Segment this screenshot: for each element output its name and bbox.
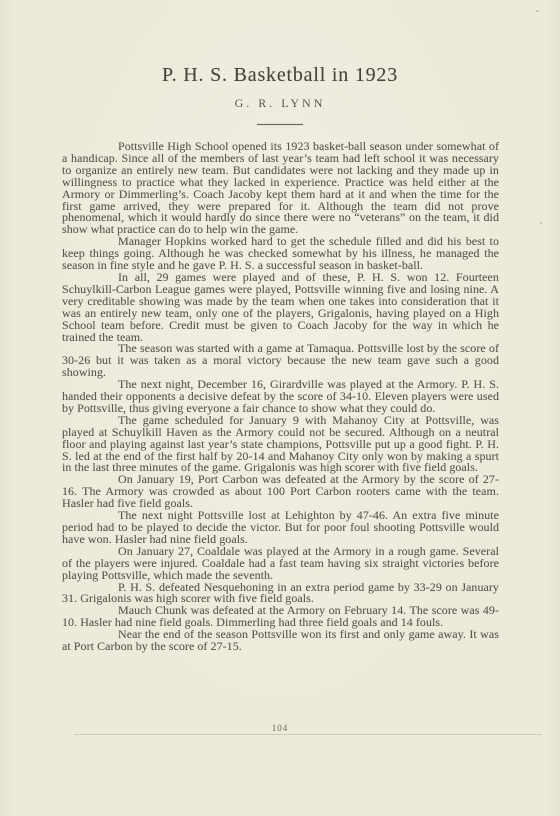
byline: G. R. LYNN	[0, 96, 560, 111]
scan-speck	[536, 10, 539, 12]
article-header: P. H. S. Basketball in 1923 G. R. LYNN	[0, 0, 560, 125]
paragraph: Pottsville High School opened its 1923 b…	[62, 141, 499, 236]
paragraph: The next night, December 16, Girardville…	[62, 379, 499, 415]
paragraph: The next night Pottsville lost at Lehigh…	[62, 510, 499, 546]
scan-artifact-line	[74, 734, 542, 735]
paragraph: On January 19, Port Carbon was defeated …	[62, 474, 499, 510]
paragraph: Manager Hopkins worked hard to get the s…	[62, 236, 499, 272]
page-number: 104	[0, 723, 560, 733]
page-title: P. H. S. Basketball in 1923	[0, 64, 560, 87]
title-divider	[257, 124, 303, 125]
paragraph: In all, 29 games were played and of thes…	[62, 272, 499, 343]
paragraph: P. H. S. defeated Nesquehoning in an ext…	[62, 582, 499, 606]
paragraph: On January 27, Coaldale was played at th…	[62, 546, 499, 582]
scan-speck	[540, 222, 542, 224]
paragraph: The season was started with a game at Ta…	[62, 343, 499, 379]
paragraph: Mauch Chunk was defeated at the Armory o…	[62, 605, 499, 629]
scanned-yearbook-page: P. H. S. Basketball in 1923 G. R. LYNN P…	[0, 0, 560, 816]
article-body: Pottsville High School opened its 1923 b…	[62, 141, 499, 653]
paragraph: Near the end of the season Pottsville wo…	[62, 629, 499, 653]
paragraph: The game scheduled for January 9 with Ma…	[62, 415, 499, 475]
